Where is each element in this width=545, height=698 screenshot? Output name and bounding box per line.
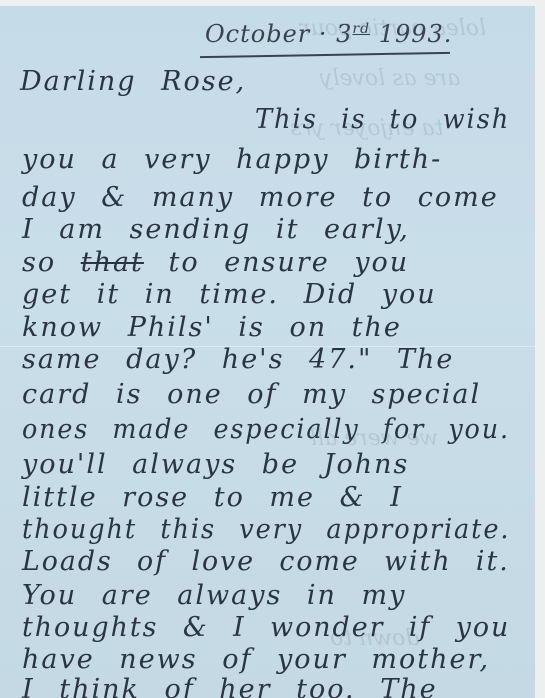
letter-line: little rose to me & I (22, 484, 403, 511)
letter-date: October · 3rd 1993. (205, 20, 452, 48)
letter-line: thought this very appropriate. (22, 516, 510, 543)
letter-line: get it in time. Did you (22, 281, 437, 308)
letter-paper: lolea partie pour are as lovely ta enjoy… (0, 6, 535, 698)
word: to ensure you (169, 247, 410, 278)
letter-line: Loads of love come with it. (22, 548, 510, 575)
letter-line: same day? he's 47." The (22, 346, 454, 373)
date-underline (200, 52, 450, 58)
letter-line: you a very happy birth- (22, 146, 442, 173)
letter-line: This is to wish (255, 106, 510, 133)
letter-line: You are always in my (22, 582, 406, 609)
struck-word: that (81, 247, 144, 278)
date-month: October (205, 20, 310, 48)
letter-line: so that to ensure you (22, 249, 409, 276)
word: so (22, 247, 56, 278)
letter-line: have news of your mother, (22, 646, 490, 673)
letter-line: ones made especially for you. (22, 416, 510, 443)
letter-line: card is one of my special (22, 381, 481, 408)
letter-line: thoughts & I wonder if you (22, 614, 510, 641)
letter-line: I think of her too. The (22, 676, 438, 698)
bleed-through: are as lovely (320, 66, 460, 91)
letter-line: I am sending it early, (22, 216, 410, 243)
date-year: 1993. (379, 20, 453, 48)
letter-line: know Phils' is on the (22, 314, 402, 341)
date-day: 3 (336, 20, 352, 48)
letter-line: day & many more to come (22, 184, 499, 211)
salutation: Darling Rose, (20, 68, 246, 95)
date-suffix: rd (352, 21, 370, 37)
letter-line: you'll always be Johns (22, 451, 409, 478)
